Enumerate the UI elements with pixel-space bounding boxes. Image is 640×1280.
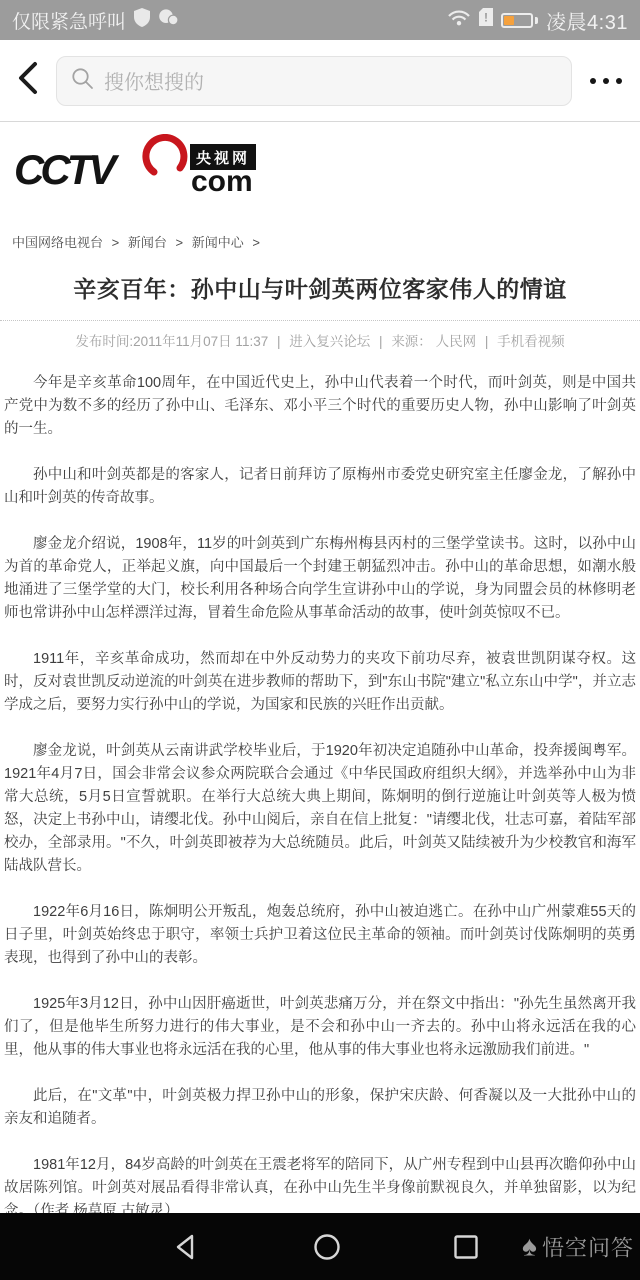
breadcrumb: 中国网络电视台 > 新闻台 > 新闻中心 > <box>12 232 640 251</box>
page-title: 辛亥百年：孙中山与叶剑英两位客家伟人的情谊 <box>10 271 630 304</box>
breadcrumb-link-newscenter[interactable]: 新闻中心 <box>192 235 244 250</box>
breadcrumb-link-site[interactable]: 中国网络电视台 <box>12 235 103 250</box>
sim-alert-icon: ! <box>479 8 493 32</box>
nav-recents-button[interactable] <box>451 1232 481 1262</box>
publish-time: 发布时间:2011年11月07日 11:37 <box>75 334 268 349</box>
wukong-watermark-text: 悟空问答 <box>542 1231 634 1262</box>
wukong-watermark: ♠ 悟空问答 <box>522 1231 634 1262</box>
breadcrumb-link-news[interactable]: 新闻台 <box>128 235 167 250</box>
meta-separator: | <box>379 334 383 349</box>
article-paragraph: 孙中山和叶剑英都是的客家人，记者日前拜访了原梅州市委党史研究室主任廖金龙，了解孙… <box>4 464 636 510</box>
dot-icon <box>590 78 596 84</box>
wukong-spade-icon: ♠ <box>522 1233 537 1261</box>
app-header: 搜你想搜的 <box>0 40 640 122</box>
phone-screen: 仅限紧急呼叫 ! 凌晨4:31 <box>0 0 640 1280</box>
battery-icon <box>501 13 533 28</box>
forum-link[interactable]: 进入复兴论坛 <box>289 334 370 349</box>
search-icon <box>71 67 94 95</box>
article-paragraph: 1925年3月12日，孙中山因肝癌逝世，叶剑英悲痛万分，并在祭文中指出："孙先生… <box>4 993 636 1062</box>
search-placeholder: 搜你想搜的 <box>104 66 204 95</box>
nav-home-button[interactable] <box>312 1232 342 1262</box>
back-icon <box>16 60 40 101</box>
breadcrumb-separator: > <box>176 235 184 250</box>
android-nav-bar: ♠ 悟空问答 <box>0 1213 640 1280</box>
nav-back-button[interactable] <box>171 1232 201 1262</box>
meta-separator: | <box>277 334 281 349</box>
article-body: 今年是辛亥革命100周年，在中国近代史上，孙中山代表着一个时代，而叶剑英，则是中… <box>0 358 640 1223</box>
nav-home-icon <box>312 1232 342 1262</box>
breadcrumb-separator: > <box>112 235 120 250</box>
article-paragraph: 今年是辛亥革命100周年，在中国近代史上，孙中山代表着一个时代，而叶剑英，则是中… <box>4 372 636 441</box>
meta-separator: | <box>485 334 489 349</box>
article-paragraph: 廖金龙介绍说，1908年，11岁的叶剑英到广东梅州梅县丙村的三堡学堂读书。这时，… <box>4 533 636 625</box>
mobile-video-link[interactable]: 手机看视频 <box>497 334 565 349</box>
article-paragraph: 1922年6月16日，陈炯明公开叛乱，炮轰总统府，孙中山被迫逃亡。在孙中山广州蒙… <box>4 901 636 970</box>
cctv-com-text: com <box>191 165 253 199</box>
wechat-icon <box>158 9 179 32</box>
search-input[interactable]: 搜你想搜的 <box>56 56 572 106</box>
cctv-logo-text: CCTV <box>14 146 112 194</box>
more-menu-button[interactable] <box>588 72 624 90</box>
back-button[interactable] <box>16 60 40 101</box>
cctv-swoosh-icon <box>140 134 192 191</box>
nav-back-icon <box>171 1232 201 1262</box>
status-bar: 仅限紧急呼叫 ! 凌晨4:31 <box>0 0 640 40</box>
svg-text:!: ! <box>484 11 488 25</box>
article-paragraph: 廖金龙说，叶剑英从云南讲武学校毕业后，于1920年初决定追随孙中山革命，投奔援闽… <box>4 740 636 878</box>
article-paragraph: 1911年，辛亥革命成功，然而却在中外反动势力的夹攻下前功尽弃，被袁世凯阴谋夺权… <box>4 648 636 717</box>
wifi-icon <box>447 9 471 32</box>
status-time: 凌晨4:31 <box>546 6 628 35</box>
nav-recents-icon <box>451 1232 481 1262</box>
dot-icon <box>603 78 609 84</box>
shield-icon <box>134 8 150 33</box>
article-meta: 发布时间:2011年11月07日 11:37 | 进入复兴论坛 | 来源： 人民… <box>0 320 640 358</box>
article-paragraph: 此后，在"文革"中，叶剑英极力捍卫孙中山的形象，保护宋庆龄、何香凝以及一大批孙中… <box>4 1085 636 1131</box>
source-label: 来源： 人民网 <box>391 334 476 349</box>
breadcrumb-separator: > <box>252 235 260 250</box>
dot-icon <box>616 78 622 84</box>
cctv-logo[interactable]: CCTV 央视网 com <box>14 138 274 202</box>
battery-nub <box>535 17 538 24</box>
carrier-text: 仅限紧急呼叫 <box>12 7 126 34</box>
